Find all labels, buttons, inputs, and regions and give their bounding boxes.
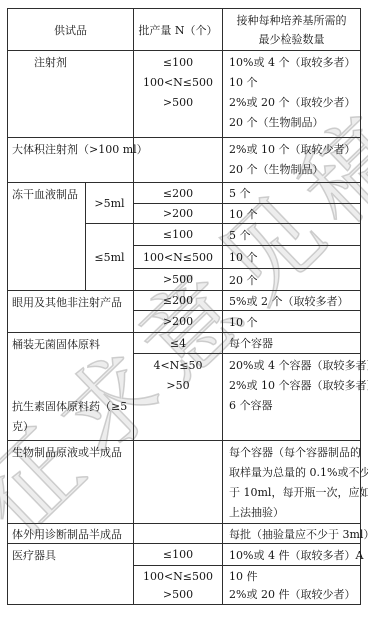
cell-product-large-volume-injection: 大体积注射剂（>100 ml） bbox=[8, 138, 134, 183]
qty-line: 取样量为总量的 0.1%或不少 bbox=[229, 463, 360, 483]
batch-line: 100<N≤500 bbox=[134, 73, 222, 93]
qty-line: 6 个容器 bbox=[229, 396, 360, 416]
cell-batch: ≤4 bbox=[134, 333, 223, 354]
batch-line: >500 bbox=[134, 586, 222, 604]
batch-line: >50 bbox=[134, 376, 222, 396]
header-batch-quantity: 批产量 N（个） bbox=[134, 9, 223, 51]
cell-volume-gt5ml: >5ml bbox=[86, 183, 134, 224]
row-large-volume-injection: 大体积注射剂（>100 ml） 2%或 10 个（取较少者） 20 个（生物制品… bbox=[8, 138, 361, 183]
header-specimen: 供试品 bbox=[8, 9, 134, 51]
cell-qty-barreled-solid: 20%或 4 个容器（取较多者） 2%或 10 个容器（取较多者） 6 个容器 bbox=[223, 354, 361, 441]
cell-batch: >200 bbox=[134, 311, 223, 333]
row-injection: 注射剂 ≤100 100<N≤500 >500 10%或 4 个（取较多者） 1… bbox=[8, 51, 361, 138]
row-ophthalmic-1: 眼用及其他非注射产品 ≤200 5%或 2 个（取较多者） bbox=[8, 291, 361, 311]
batch-line: 4<N≤50 bbox=[134, 356, 222, 376]
qty-line: 20 个（生物制品） bbox=[229, 160, 360, 180]
cell-qty: 每个容器 bbox=[223, 333, 361, 354]
cell-product-freeze-dried-blood: 冻干血液制品 bbox=[8, 183, 86, 291]
cell-qty-large-volume-injection: 2%或 10 个（取较少者） 20 个（生物制品） bbox=[223, 138, 361, 183]
qty-line: 10 个 bbox=[229, 73, 360, 93]
cell-product-barreled-solid: 桶装无菌固体原料 抗生素固体原料药（≥5 克） bbox=[8, 333, 134, 441]
cell-qty: 10 个 bbox=[223, 204, 361, 224]
cell-batch: >500 bbox=[134, 269, 223, 291]
qty-line: 于 10ml，每开瓶一次，应如 bbox=[229, 483, 360, 503]
product-label: 医疗器具 bbox=[12, 546, 133, 566]
qty-line: 2%或 20 个（取较少者） bbox=[229, 93, 360, 113]
cell-qty: 5 个 bbox=[223, 183, 361, 204]
batch-line: 100<N≤500 bbox=[134, 568, 222, 586]
cell-product-in-vitro-diagnostic: 体外用诊断制品半成品 bbox=[8, 524, 134, 544]
cell-product-biological-bulk: 生物制品原液或半成品 bbox=[8, 441, 134, 524]
document-page: 征求意见稿 供试品 批产量 N（个） 接种每种培养基所需的 最少检验数量 注射剂… bbox=[0, 0, 368, 618]
qty-line: 20 个（生物制品） bbox=[229, 113, 360, 133]
qty-line: 每个容器（每个容器制品的 bbox=[229, 443, 360, 463]
product-label: 大体积注射剂（>100 ml） bbox=[12, 140, 133, 160]
product-label: 冻干血液制品 bbox=[12, 185, 85, 205]
cell-product-injection: 注射剂 bbox=[8, 51, 134, 138]
row-in-vitro-diagnostic: 体外用诊断制品半成品 每批（抽验量应不少于 3ml） bbox=[8, 524, 361, 544]
header-row: 供试品 批产量 N（个） 接种每种培养基所需的 最少检验数量 bbox=[8, 9, 361, 51]
batch-line: >500 bbox=[134, 93, 222, 113]
cell-batch-medical-devices: 100<N≤500 >500 bbox=[134, 566, 223, 605]
cell-qty: 10 个 bbox=[223, 311, 361, 333]
cell-batch: ≤200 bbox=[134, 291, 223, 311]
cell-qty-biological-bulk: 每个容器（每个容器制品的 取样量为总量的 0.1%或不少 于 10ml，每开瓶一… bbox=[223, 441, 361, 524]
cell-product-medical-devices: 医疗器具 bbox=[8, 544, 134, 605]
cell-qty-medical-devices: 10 件 2%或 20 件（取较少者） bbox=[223, 566, 361, 605]
cell-qty: 20 个 bbox=[223, 269, 361, 291]
cell-qty-in-vitro-diagnostic: 每批（抽验量应不少于 3ml） bbox=[223, 524, 361, 544]
cell-qty: 5 个 bbox=[223, 224, 361, 246]
product-label: 桶装无菌固体原料 bbox=[12, 335, 133, 355]
cell-volume-le5ml: ≤5ml bbox=[86, 224, 134, 291]
product-label: 注射剂 bbox=[34, 53, 133, 73]
cell-qty: 10%或 4 件（取较多者）A bbox=[223, 544, 361, 566]
row-barreled-solid-1: 桶装无菌固体原料 抗生素固体原料药（≥5 克） ≤4 每个容器 bbox=[8, 333, 361, 354]
cell-batch-barreled-solid: 4<N≤50 >50 bbox=[134, 354, 223, 441]
row-biological-bulk: 生物制品原液或半成品 每个容器（每个容器制品的 取样量为总量的 0.1%或不少 … bbox=[8, 441, 361, 524]
qty-line: 10 件 bbox=[229, 568, 360, 586]
product-label: 生物制品原液或半成品 bbox=[12, 443, 133, 463]
cell-batch: ≤200 bbox=[134, 183, 223, 204]
cell-product-ophthalmic: 眼用及其他非注射产品 bbox=[8, 291, 134, 333]
cell-batch-in-vitro-diagnostic bbox=[134, 524, 223, 544]
cell-batch: >200 bbox=[134, 204, 223, 224]
sampling-requirements-table: 供试品 批产量 N（个） 接种每种培养基所需的 最少检验数量 注射剂 ≤100 … bbox=[7, 8, 361, 605]
cell-batch: 100<N≤500 bbox=[134, 246, 223, 269]
qty-line: 2%或 10 个容器（取较多者） bbox=[229, 376, 360, 396]
cell-batch-biological-bulk bbox=[134, 441, 223, 524]
cell-qty: 10 个 bbox=[223, 246, 361, 269]
qty-line: 2%或 20 件（取较少者） bbox=[229, 586, 360, 604]
cell-batch-injection: ≤100 100<N≤500 >500 bbox=[134, 51, 223, 138]
product-label: 眼用及其他非注射产品 bbox=[12, 293, 133, 313]
qty-line: 上法抽验） bbox=[229, 503, 360, 523]
row-freeze-dried-blood-1: 冻干血液制品 >5ml ≤200 5 个 bbox=[8, 183, 361, 204]
cell-batch: ≤100 bbox=[134, 544, 223, 566]
header-min-inspection-qty-line1: 接种每种培养基所需的 bbox=[223, 11, 360, 30]
cell-qty: 5%或 2 个（取较多者） bbox=[223, 291, 361, 311]
cell-qty-injection: 10%或 4 个（取较多者） 10 个 2%或 20 个（取较少者） 20 个（… bbox=[223, 51, 361, 138]
qty-line: 10%或 4 个（取较多者） bbox=[229, 53, 360, 73]
row-medical-devices-1: 医疗器具 ≤100 10%或 4 件（取较多者）A bbox=[8, 544, 361, 566]
qty-line: 2%或 10 个（取较少者） bbox=[229, 140, 360, 160]
header-min-inspection-qty: 接种每种培养基所需的 最少检验数量 bbox=[223, 9, 361, 51]
cell-batch: ≤100 bbox=[134, 224, 223, 246]
product-label-antibiotic-line1: 抗生素固体原料药（≥5 bbox=[12, 397, 133, 417]
product-label-antibiotic-line2: 克） bbox=[12, 417, 133, 437]
qty-line: 20%或 4 个容器（取较多者） bbox=[229, 356, 360, 376]
header-min-inspection-qty-line2: 最少检验数量 bbox=[223, 30, 360, 49]
batch-line: ≤100 bbox=[134, 53, 222, 73]
